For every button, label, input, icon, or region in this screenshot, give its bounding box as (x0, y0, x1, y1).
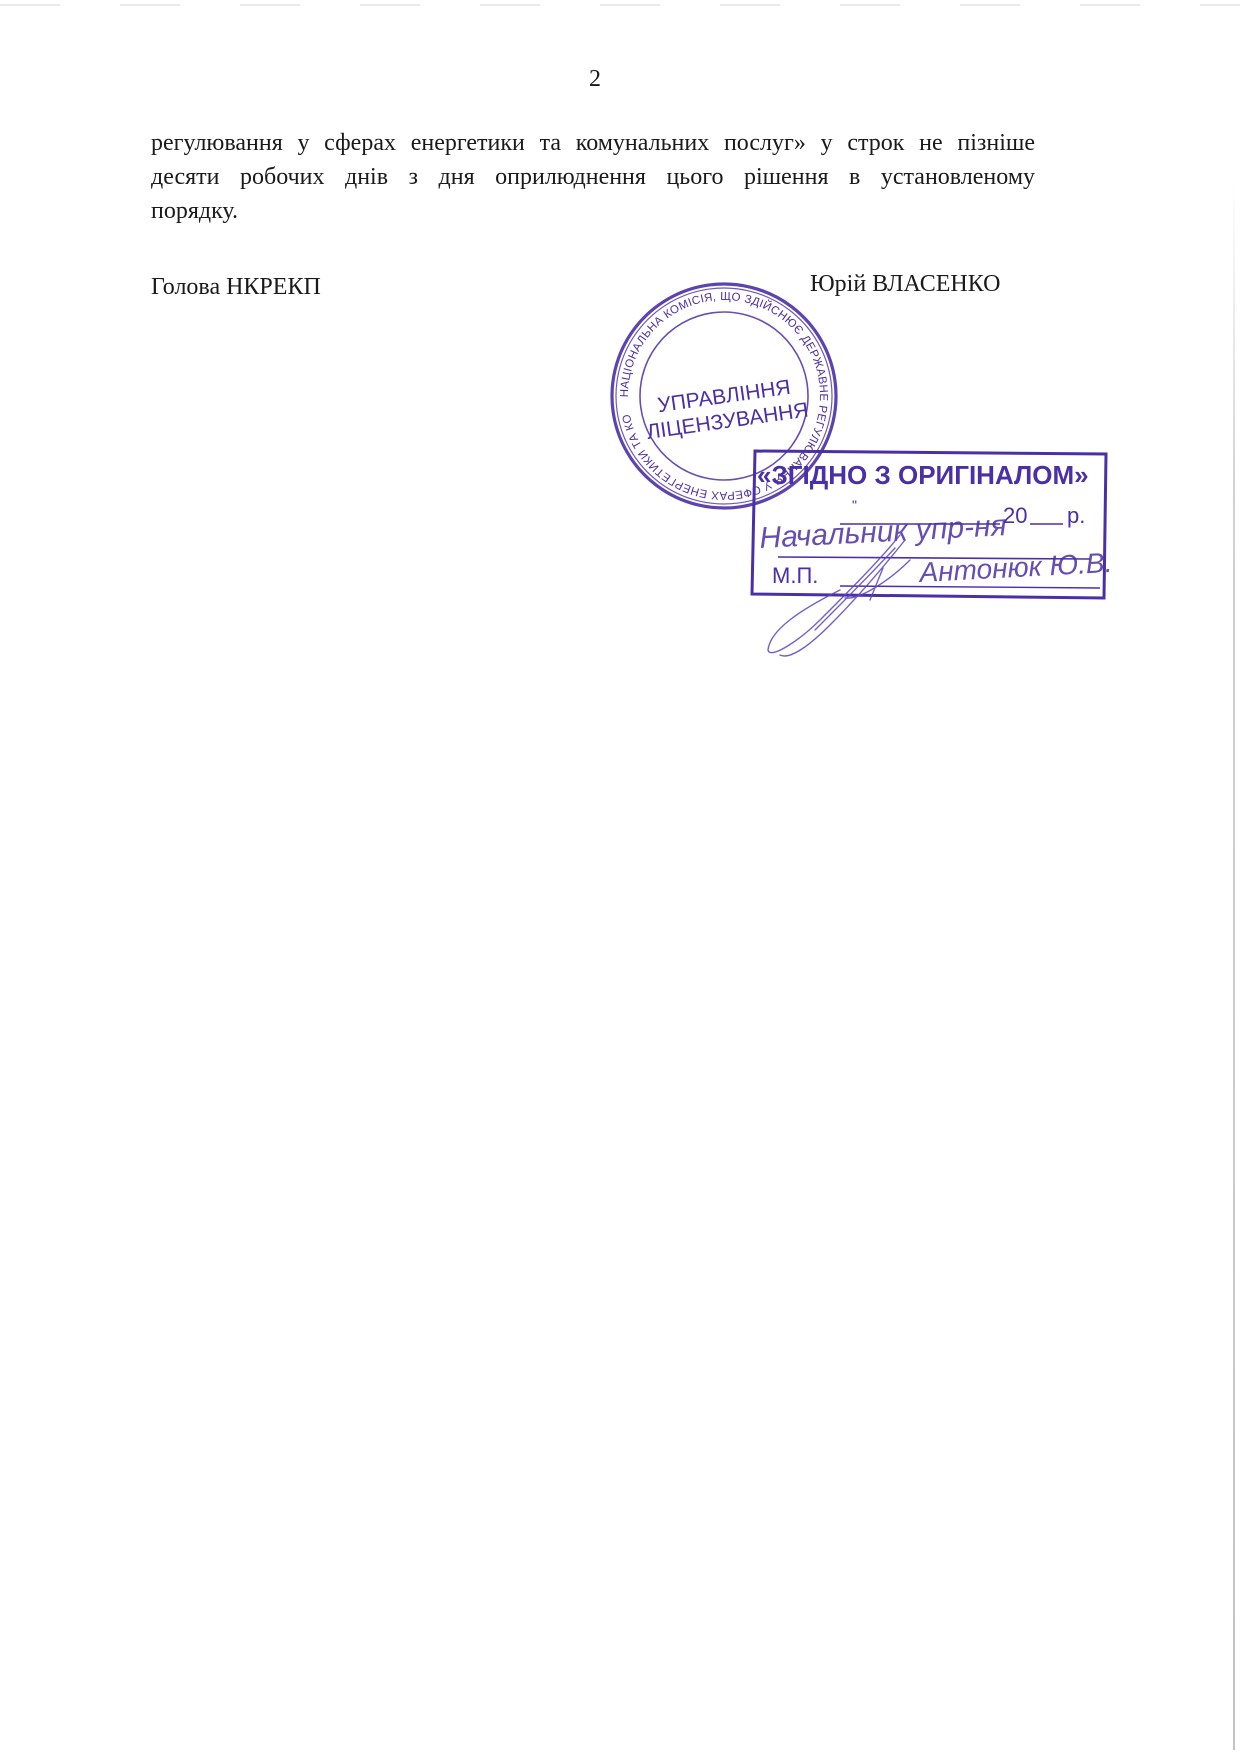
certification-heading: «ЗГІДНО З ОРИГІНАЛОМ» (757, 460, 1089, 490)
date-quote-mark: " (852, 497, 857, 513)
body-line: десяти робочих днів з дня оприлюднення ц… (151, 160, 1035, 194)
handwritten-position: Начальник упр-ня (759, 509, 1008, 555)
body-line: регулювання у сферах енергетики та комун… (151, 126, 1035, 160)
certification-stamp: «ЗГІДНО З ОРИГІНАЛОМ» " 20 р. М.П. (752, 451, 1106, 598)
handwritten-annotation: Начальник упр-ня Антонюк Ю.В. (759, 509, 1113, 588)
scan-artifact-top (0, 4, 1240, 6)
seal-label: М.П. (772, 563, 818, 588)
signature-scribble (768, 535, 910, 656)
handwritten-name: Антонюк Ю.В. (917, 547, 1113, 588)
round-stamp-line-2: ЛІЦЕНЗУВАННЯ (645, 399, 810, 444)
round-stamp-line-1: УПРАВЛІННЯ (656, 376, 792, 417)
date-suffix: р. (1067, 503, 1085, 528)
date-year-prefix: 20 (1003, 503, 1027, 528)
body-paragraph: регулювання у сферах енергетики та комун… (151, 126, 1035, 228)
signatory-title: Голова НКРЕКП (151, 274, 321, 301)
stamps-layer: НАЦІОНАЛЬНА КОМІСІЯ, ЩО ЗДІЙСНЮЄ ДЕРЖАВН… (0, 0, 1240, 700)
page-number: 2 (0, 66, 1190, 93)
body-line: порядку. (151, 194, 1035, 228)
signatory-name: Юрій ВЛАСЕНКО (810, 271, 1000, 298)
scan-artifact-right-edge (1233, 180, 1235, 1750)
